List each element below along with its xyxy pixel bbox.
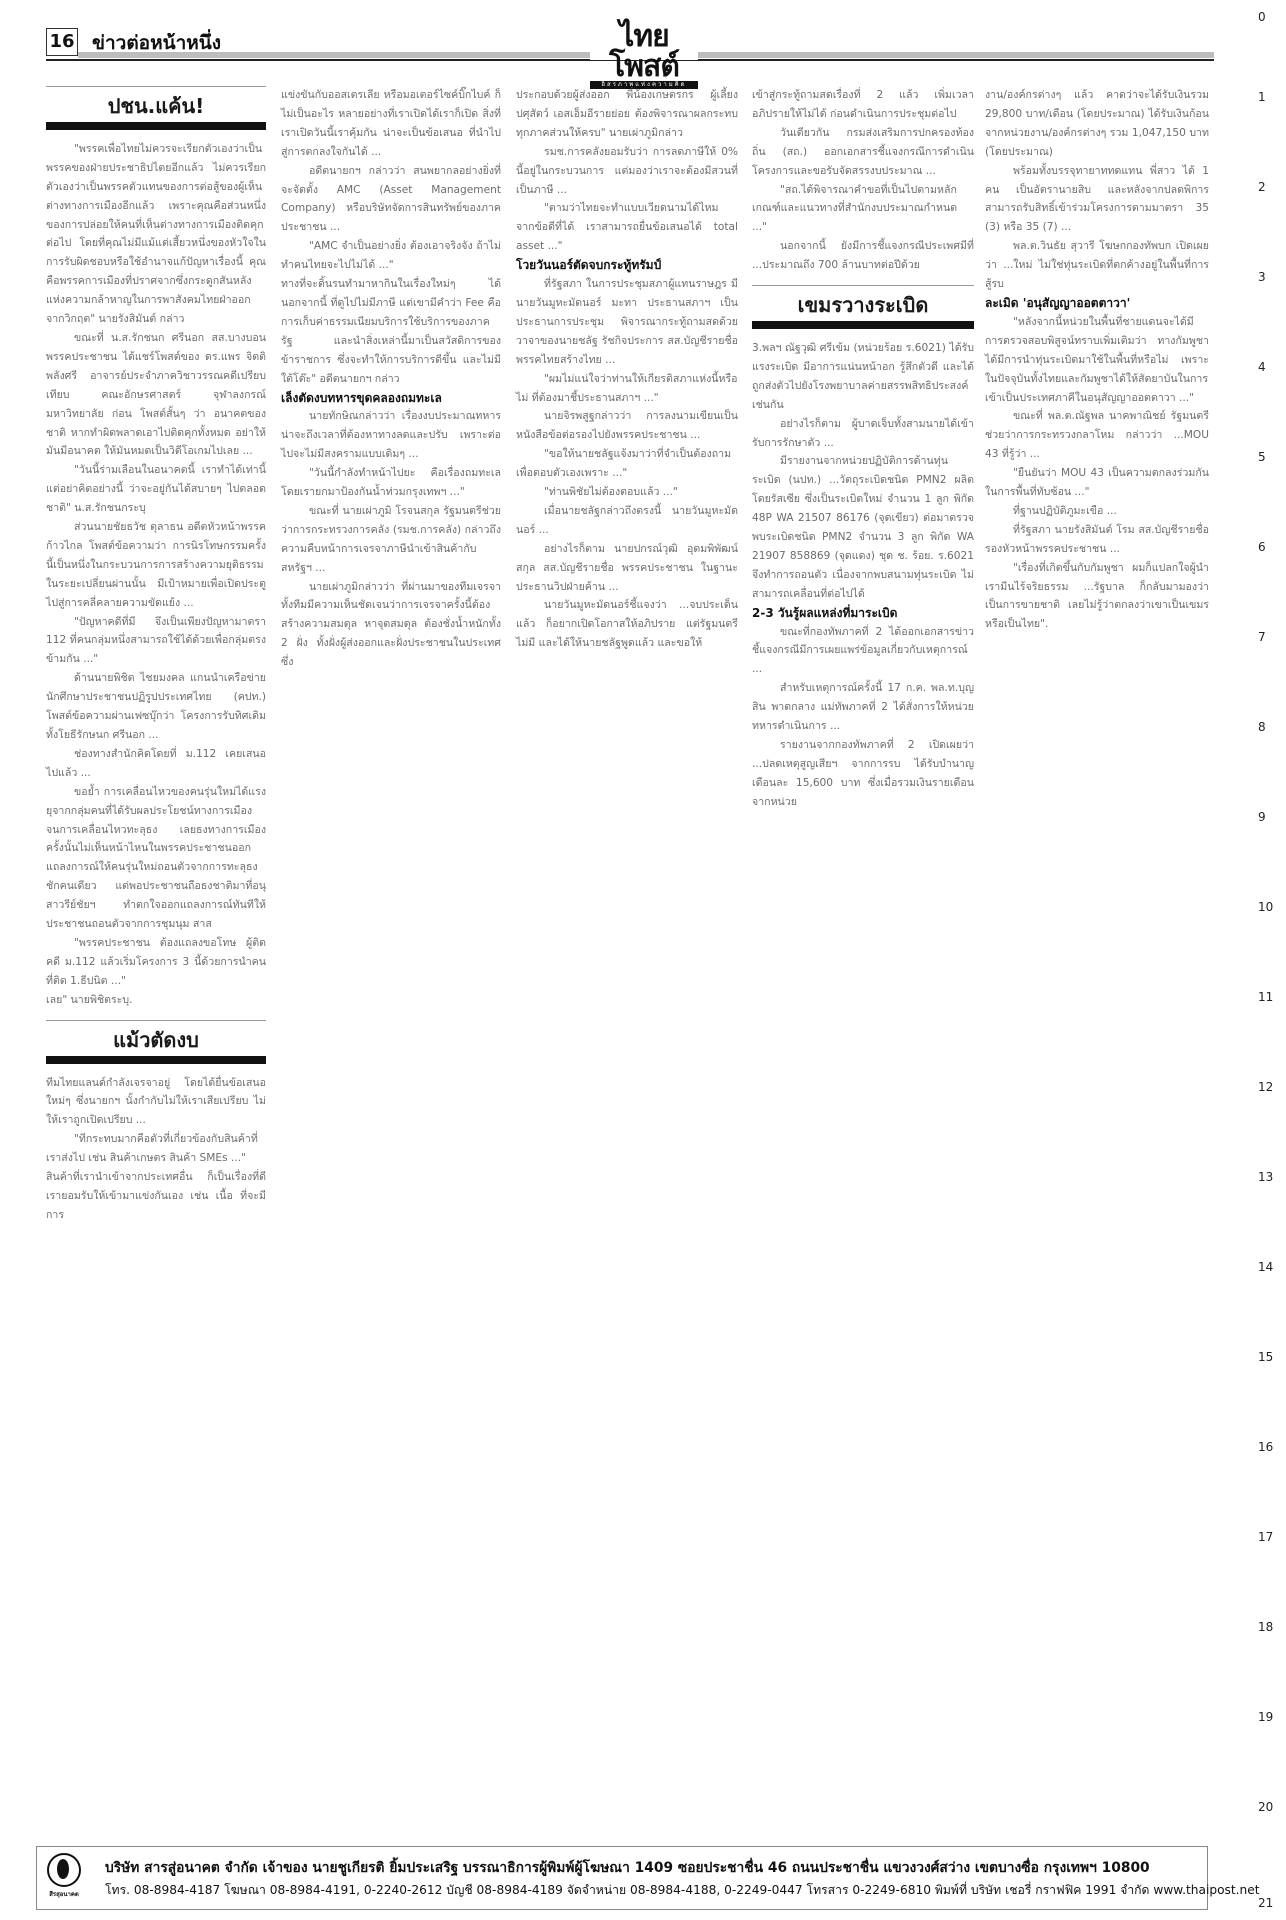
- article-headline: เขมรวางระเบิด: [752, 296, 974, 315]
- paragraph: ที่รัฐสภา นายรังสิมันต์ โรม สส.บัญชีรายช…: [985, 521, 1209, 559]
- margin-number: 14: [1258, 1260, 1273, 1274]
- subheading: 2-3 วันรู้ผลแหล่งที่มาระเบิด: [752, 604, 974, 623]
- margin-number: 9: [1258, 810, 1266, 824]
- paragraph: "AMC จำเป็นอย่างยิ่ง ต้องเอาจริงจัง ถ้าไ…: [281, 237, 501, 275]
- paragraph: "เรื่องที่เกิดขึ้นกับกัมพูชา ผมก็แปลกใจผ…: [985, 559, 1209, 635]
- column-5: งาน/องค์กรต่างๆ แล้ว คาดว่าจะได้รับเงินร…: [985, 86, 1209, 634]
- paragraph: ที่ฐานปฏิบัติภูมะเขือ ...: [985, 502, 1209, 521]
- paragraph: ทีมไทยแลนด์กำลังเจรจาอยู่ โดยได้ยื่นข้อเ…: [46, 1074, 266, 1131]
- margin-number: 1: [1258, 90, 1266, 104]
- publisher-footer: สีรสุอนาคต บริษัท สารสู่อนาคต จำกัด เจ้า…: [36, 1846, 1208, 1910]
- paragraph: ขณะที่ น.ส.รักชนก ศรีนอก สส.บางบอน พรรคป…: [46, 329, 266, 461]
- logo-caption: สีรสุอนาคต: [47, 1889, 81, 1899]
- paragraph: "วันนี้กำลังทำหน้าไปยะ คือเรื่องถมทะเลโด…: [281, 464, 501, 502]
- subheading: โวยวันนอร์ตัดจบกระทู้ทรัมป์: [516, 256, 738, 275]
- paragraph: เลย" นายพิชิตระบุ.: [46, 991, 266, 1010]
- margin-number: 10: [1258, 900, 1273, 914]
- paragraph: "ทีกระทบมากคือตัวที่เกี่ยวข้องกับสินค้าท…: [46, 1130, 266, 1168]
- article-headline: แม้วตัดงบ: [46, 1031, 266, 1050]
- margin-number: 13: [1258, 1170, 1273, 1184]
- margin-number: 17: [1258, 1530, 1273, 1544]
- paragraph: ขอย้ำ การเคลื่อนไหวของคนรุ่นใหม่ได้แรงยุ…: [46, 783, 266, 934]
- subheading: ละเมิด 'อนุสัญญาออตตาวา': [985, 294, 1209, 313]
- logo-circle-icon: [47, 1853, 81, 1887]
- headline-rule: [46, 1056, 266, 1064]
- margin-number: 11: [1258, 990, 1273, 1004]
- page-number: 16: [46, 28, 78, 56]
- paragraph: วันเดียวกัน กรมส่งเสริมการปกครองท้องถิ่น…: [752, 124, 974, 181]
- paragraph: "พรรคเพื่อไทยไม่ควรจะเรียกตัวเองว่าเป็นพ…: [46, 140, 266, 329]
- margin-number: 5: [1258, 450, 1266, 464]
- margin-number: 19: [1258, 1710, 1273, 1724]
- paragraph: นายเผ่าภูมิกล่าวว่า ที่ผ่านมาของทีมเจรจา…: [281, 578, 501, 673]
- column-4: เข้าสู่กระทู้ถามสดเรื่องที่ 2 แล้ว เพิ่ม…: [752, 86, 974, 812]
- paragraph: รมช.การคลังยอมรับว่า การลดภาษีให้ 0% นี้…: [516, 143, 738, 200]
- paragraph: ส่วนนายชัยธวัช ตุลาธน อดีตหัวหน้าพรรคก้า…: [46, 518, 266, 613]
- paragraph: "วันนี้ร่ามเลือนในอนาคตนี้ เราทำได้เท่าน…: [46, 461, 266, 518]
- paragraph: มีรายงานจากหน่วยปฏิบัติการด้านทุ่นระเบิด…: [752, 452, 974, 603]
- paragraph: "ตามว่าไทยจะทำแบบเวียดนามได้ไหม จากข้อดี…: [516, 199, 738, 256]
- margin-number: 2: [1258, 180, 1266, 194]
- masthead-title: ไทยโพสต์: [590, 22, 698, 82]
- paragraph: พล.ต.วินธัย สุวารี โฆษกกองทัพบก เปิดเผยว…: [985, 237, 1209, 294]
- paragraph: ประกอบด้วยผู้ส่งออก พี่น้องเกษตรกร ผู้เล…: [516, 86, 738, 143]
- margin-number: 7: [1258, 630, 1266, 644]
- paragraph: เข้าสู่กระทู้ถามสดเรื่องที่ 2 แล้ว เพิ่ม…: [752, 86, 974, 124]
- paragraph: ช่องทางสำนักคิดโดยที่ ม.112 เคยเสนอไปแล้…: [46, 745, 266, 783]
- margin-number: 21: [1258, 1896, 1273, 1910]
- paragraph: เมื่อนายชลัฐกล่าวถึงตรงนี้ นายวันมูหะมัด…: [516, 502, 738, 540]
- paragraph: ทางที่จะดิ้นรนทำมาหากินในเรื่องใหม่ๆ ได้…: [281, 275, 501, 388]
- contact-info: โทร. 08-8984-4187 โฆษณา 08-8984-4191, 0-…: [105, 1881, 1260, 1900]
- headline-rule: [46, 122, 266, 130]
- paragraph: นายจิรพสูฐกล่าวว่า การลงนามเขียนเป็นหนัง…: [516, 407, 738, 445]
- margin-number: 12: [1258, 1080, 1273, 1094]
- subheading: เล็งตัดงบทหารขุดคลองถมทะเล: [281, 389, 501, 408]
- margin-number: 3: [1258, 270, 1266, 284]
- margin-number: 20: [1258, 1800, 1273, 1814]
- paragraph: 3.พลฯ ณัฐวุฒิ ศรีเข้ม (หน่วยร้อย ร.6021)…: [752, 339, 974, 415]
- paragraph: "ท่านพิชัยไม่ต้องตอบแล้ว ...": [516, 483, 738, 502]
- margin-number: 0: [1258, 10, 1266, 24]
- paragraph: สำหรับเหตุการณ์ครั้งนี้ 17 ก.ค. พล.ท.บุญ…: [752, 679, 974, 736]
- divider: [752, 285, 974, 286]
- column-3: ประกอบด้วยผู้ส่งออก พี่น้องเกษตรกร ผู้เล…: [516, 86, 738, 653]
- paragraph: อย่างไรก็ตาม นายปกรณ์วุฒิ อุดมพิพัฒน์สกุ…: [516, 540, 738, 597]
- divider: [46, 1020, 266, 1021]
- paragraph: "สถ.ได้พิจารณาคำขอที่เป็นไปตามหลักเกณฑ์แ…: [752, 181, 974, 238]
- paragraph: ด้านนายพิชิต ไชยมงคล แกนนำเครือข่ายนักศึ…: [46, 669, 266, 745]
- masthead-logo: ไทยโพสต์ อิสรภาพแห่งความคิด: [590, 22, 698, 60]
- paragraph: ขณะที่ พล.ต.ณัฐพล นาคพาณิชย์ รัฐมนตรีช่ว…: [985, 407, 1209, 464]
- paragraph: "ขอให้นายชลัฐแจ้งมาว่าที่จำเป็นต้องถามเพ…: [516, 445, 738, 483]
- paragraph: พร้อมทั้งบรรจุทายาททดแทน พี่สาว ได้ 1 คน…: [985, 162, 1209, 238]
- margin-number: 6: [1258, 540, 1266, 554]
- page-header: 16 ข่าวต่อหน้าหนึ่ง ไทยโพสต์ อิสรภาพแห่ง…: [34, 22, 1214, 62]
- column-2: แข่งขันกับออสเตรเลีย หรือมอเตอร์ไซค์บิ๊ก…: [281, 86, 501, 672]
- paragraph: ขณะที่กองทัพภาคที่ 2 ได้ออกเอกสารข่าวชี้…: [752, 623, 974, 680]
- paragraph: "ปัญหาคดีที่มี จึงเป็นเพียงปัญหามาตรา 11…: [46, 613, 266, 670]
- margin-number: 15: [1258, 1350, 1273, 1364]
- paragraph: แข่งขันกับออสเตรเลีย หรือมอเตอร์ไซค์บิ๊ก…: [281, 86, 501, 162]
- column-1: ปชน.แค้น! "พรรคเพื่อไทยไม่ควรจะเรียกตัวเ…: [46, 86, 266, 1225]
- paragraph: ขณะที่ นายเผ่าภูมิ โรจนสกุล รัฐมนตรีช่วย…: [281, 502, 501, 578]
- paragraph: นอกจากนี้ ยังมีการชี้แจงกรณีประเพศมีที่ …: [752, 237, 974, 275]
- paragraph: อย่างไรก็ตาม ผู้บาดเจ็บทั้งสามนายได้เข้า…: [752, 415, 974, 453]
- paragraph: นายทักษิณกล่าวว่า เรื่องงบประมาณทหารน่าจ…: [281, 407, 501, 464]
- paragraph: "หลังจากนี้หน่วยในพื้นที่ชายแดนจะได้มีกา…: [985, 313, 1209, 408]
- paragraph: สินค้าที่เรานำเข้าจากประเทศอื่น ก็เป็นเร…: [46, 1168, 266, 1225]
- margin-number: 18: [1258, 1620, 1273, 1634]
- margin-number: 8: [1258, 720, 1266, 734]
- margin-number: 16: [1258, 1440, 1273, 1454]
- margin-number: 4: [1258, 360, 1266, 374]
- paragraph: "พรรคประชาชน ต้องแถลงขอโทษ ผู้ติดคดี ม.1…: [46, 934, 266, 991]
- paragraph: นายวันมูหะมัดนอร์ชี้แจงว่า ...จบประเด็นแ…: [516, 596, 738, 653]
- headline-rule: [752, 321, 974, 329]
- paragraph: อดีตนายกฯ กล่าวว่า สนพยากลอย่างยิ่งที่จะ…: [281, 162, 501, 238]
- paragraph: "ยืนยันว่า MOU 43 เป็นความตกลงร่วมกันในก…: [985, 464, 1209, 502]
- divider: [46, 86, 266, 87]
- publisher-logo-icon: สีรสุอนาคต: [47, 1853, 81, 1903]
- paragraph: รายงานจากกองทัพภาคที่ 2 เปิดเผยว่า ...ปล…: [752, 736, 974, 812]
- paragraph: ที่รัฐสภา ในการประชุมสภาผู้แทนราษฎร มีนา…: [516, 275, 738, 370]
- article-headline: ปชน.แค้น!: [46, 97, 266, 116]
- publisher-info: บริษัท สารสู่อนาคต จำกัด เจ้าของ นายชูเก…: [105, 1857, 1150, 1879]
- paragraph: งาน/องค์กรต่างๆ แล้ว คาดว่าจะได้รับเงินร…: [985, 86, 1209, 162]
- paragraph: "ผมไม่แน่ใจว่าท่านให้เกียรติสภาแห่งนี้หร…: [516, 370, 738, 408]
